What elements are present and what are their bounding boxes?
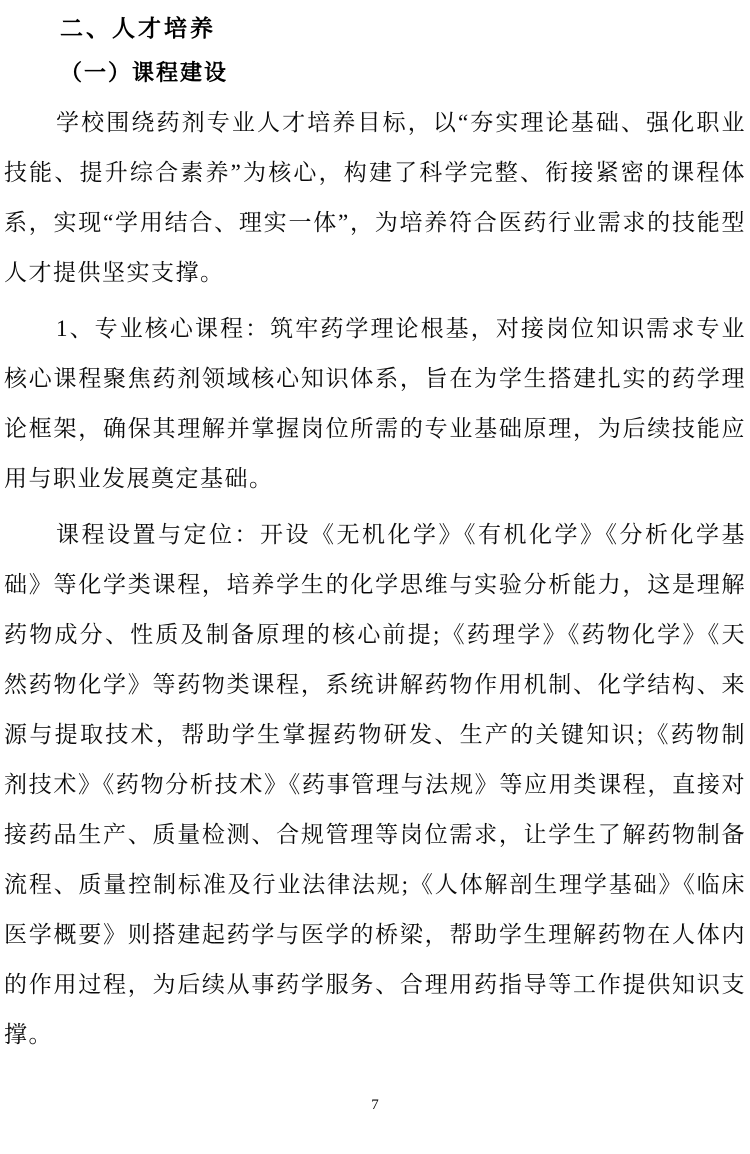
- page-footer: 7: [0, 1096, 750, 1114]
- body-paragraph: 学校围绕药剂专业人才培养目标，以“夯实理论基础、强化职业技能、提升综合素养”为核…: [4, 98, 746, 298]
- document-page: 二、人才培养 （一）课程建设 学校围绕药剂专业人才培养目标，以“夯实理论基础、强…: [0, 0, 750, 1154]
- subsection-heading: （一）课程建设: [60, 50, 746, 96]
- section-heading: 二、人才培养: [60, 6, 746, 50]
- page-number: 7: [371, 1097, 379, 1113]
- body-text: 学校围绕药剂专业人才培养目标，以“夯实理论基础、强化职业技能、提升综合素养”为核…: [4, 98, 746, 1060]
- body-paragraph: 1、专业核心课程：筑牢药学理论根基，对接岗位知识需求专业核心课程聚焦药剂领域核心…: [4, 304, 746, 504]
- body-paragraph: 课程设置与定位：开设《无机化学》《有机化学》《分析化学基础》等化学类课程，培养学…: [4, 510, 746, 1060]
